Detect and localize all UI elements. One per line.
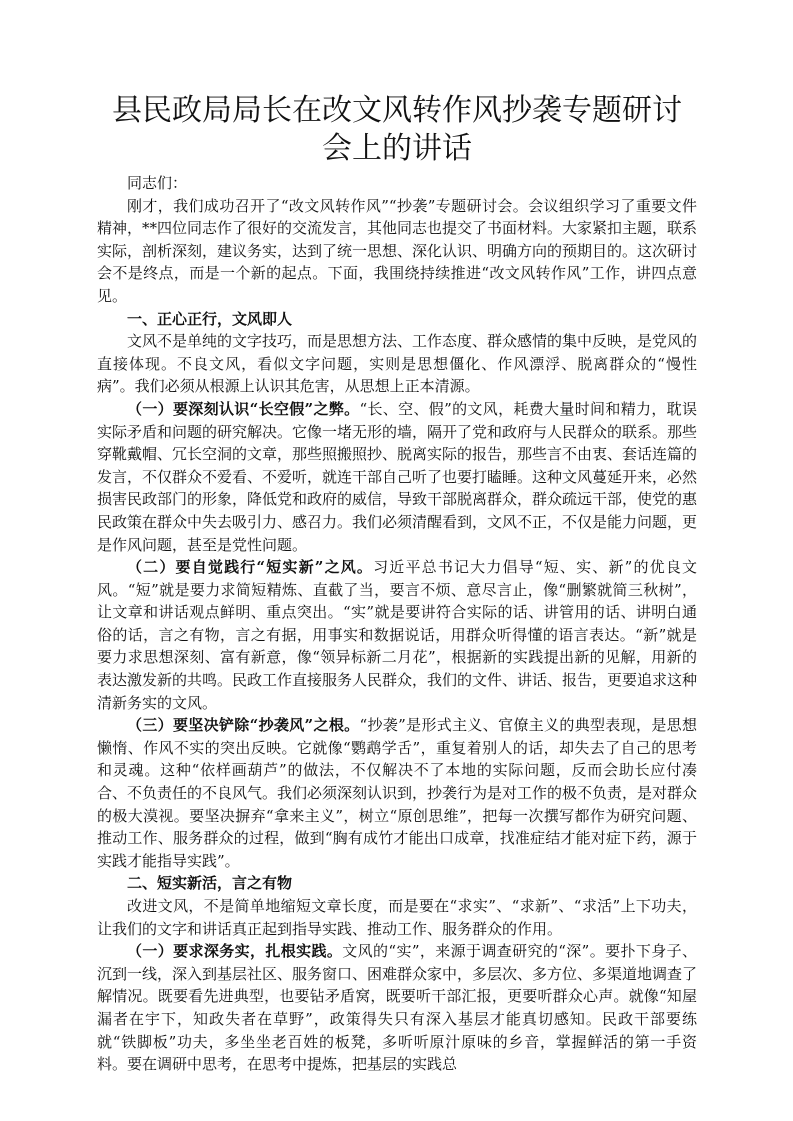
document-page: 县民政局局长在改文风转作风抄袭专题研讨会上的讲话 同志们： 刚才，我们成功召开了… (97, 92, 697, 1076)
paragraph-section-1-intro: 文风不是单纯的文字技巧，而是思想方法、工作态度、群众感情的集中反映，是党风的直接… (97, 330, 697, 398)
section-heading-2: 二、短实新活，言之有物 (97, 872, 697, 895)
paragraph-lead: （一）要求深务实，扎根实践。 (127, 942, 342, 960)
paragraph-text: 文风的“实”，来源于调查研究的“深”。要扑下身子、沉到一线，深入到基层社区、服务… (97, 942, 697, 1073)
paragraph-1-2: （二）要自觉践行“短实新”之风。习近平总书记大力倡导“短、实、新”的优良文风。“… (97, 556, 697, 714)
document-body: 同志们： 刚才，我们成功召开了“改文风转作风”“抄袭”专题研讨会。会议组织学习了… (97, 172, 697, 1076)
paragraph-lead: （二）要自觉践行“短实新”之风。 (127, 558, 373, 576)
section-heading-1: 一、正心正行，文风即人 (97, 308, 697, 331)
paragraph-2-1: （一）要求深务实，扎根实践。文风的“实”，来源于调查研究的“深”。要扑下身子、沉… (97, 940, 697, 1076)
paragraph-intro: 刚才，我们成功召开了“改文风转作风”“抄袭”专题研讨会。会议组织学习了重要文件精… (97, 195, 697, 308)
paragraph-1-3: （三）要坚决铲除“抄袭风”之根。“抄袭”是形式主义、官僚主义的典型表现，是思想懒… (97, 714, 697, 872)
paragraph-lead: （一）要深刻认识“长空假”之弊。 (127, 400, 359, 418)
salutation: 同志们： (97, 172, 697, 195)
paragraph-1-1: （一）要深刻认识“长空假”之弊。“长、空、假”的文风，耗费大量时间和精力，耽误实… (97, 398, 697, 556)
paragraph-section-2-intro: 改进文风，不是简单地缩短文章长度，而是要在“求实”、“求新”、“求活”上下功夫，… (97, 895, 697, 940)
paragraph-text: “长、空、假”的文风，耗费大量时间和精力，耽误实际矛盾和问题的研究解决。它像一堵… (97, 400, 697, 554)
document-title: 县民政局局长在改文风转作风抄袭专题研讨会上的讲话 (97, 92, 697, 168)
paragraph-lead: （三）要坚决铲除“抄袭风”之根。 (127, 716, 359, 734)
paragraph-text: “抄袭”是形式主义、官僚主义的典型表现，是思想懒惰、作风不实的突出反映。它就像“… (97, 716, 697, 870)
paragraph-text: 习近平总书记大力倡导“短、实、新”的优良文风。“短”就是要力求简短精炼、直截了当… (97, 558, 697, 712)
